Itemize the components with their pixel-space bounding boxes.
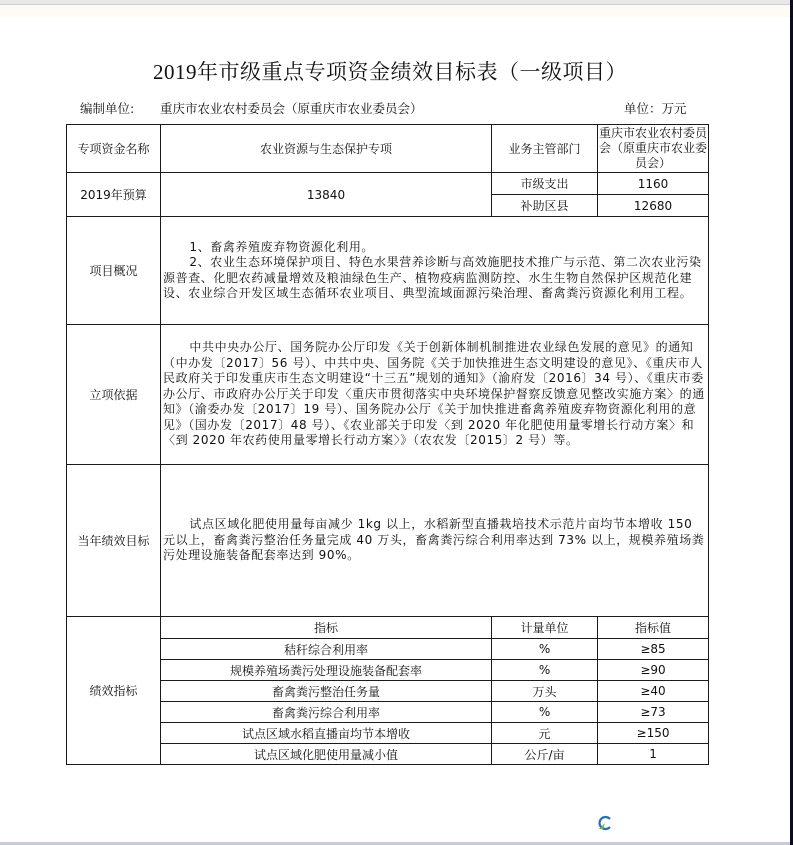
fund-name-row: 专项资金名称 农业资源与生态保护专项 业务主管部门 重庆市农业农村委员会（原重庆… [67,125,709,173]
indicator-name: 秸秆综合利用率 [161,639,492,660]
city-spend-value: 1160 [598,173,709,195]
indicator-name: 规模养殖场粪污处理设施装备配套率 [161,660,492,681]
dept-label: 业务主管部门 [492,125,598,173]
basis-row: 立项依据 中共中央办公厅、国务院办公厅印发《关于创新体制机制推进农业绿色发展的意… [67,325,709,465]
indicator-unit: 元 [492,723,598,744]
indicator-name: 试点区域水稻直播亩均节本增收 [161,723,492,744]
compiler-label: 编制单位: [80,99,134,117]
indicator-value: ≥90 [598,660,709,681]
dept-value: 重庆市农业农村委员会（原重庆市农业委员会） [598,125,709,173]
indicator-header-unit: 计量单位 [492,617,598,639]
indicator-name: 畜禽粪污综合利用率 [161,702,492,723]
indicator-row: 试点区域水稻直播亩均节本增收 元 ≥150 [67,723,709,744]
budget-label: 2019年预算 [67,173,161,217]
budget-row: 2019年预算 13840 市级支出 1160 [67,173,709,195]
unit-label: 单位：万元 [624,99,687,117]
overview-text: 1、畜禽养殖废弃物资源化利用。 2、农业生态环境保护项目、特色水果营养诊断与高效… [161,217,709,325]
indicator-value: ≥40 [598,681,709,702]
indicator-row: 秸秆综合利用率 % ≥85 [67,639,709,660]
goal-label: 当年绩效目标 [67,465,161,617]
indicator-unit: % [492,702,598,723]
indicator-label: 绩效指标 [67,617,161,765]
performance-target-table: 专项资金名称 农业资源与生态保护专项 业务主管部门 重庆市农业农村委员会（原重庆… [66,124,709,765]
indicator-unit: 万头 [492,681,598,702]
fund-name-value: 农业资源与生态保护专项 [161,125,492,173]
budget-value: 13840 [161,173,492,217]
page-top-strip [0,5,790,17]
compiler-value: 重庆市农业农村委员会（原重庆市农业委员会） [160,99,423,117]
indicator-name: 试点区域化肥使用量减小值 [161,744,492,765]
indicator-value: ≥85 [598,639,709,660]
subsidy-label: 补助区县 [492,195,598,217]
goal-row: 当年绩效目标 试点区域化肥使用量每亩减少 1kg 以上，水稻新型直播栽培技术示范… [67,465,709,617]
indicator-value: 1 [598,744,709,765]
indicator-value: ≥73 [598,702,709,723]
indicator-row: 畜禽粪污整治任务量 万头 ≥40 [67,681,709,702]
basis-text: 中共中央办公厅、国务院办公厅印发《关于创新体制机制推进农业绿色发展的意见》的通知… [161,325,709,465]
document-title: 2019年市级重点专项资金绩效目标表（一级项目） [60,56,720,86]
city-spend-label: 市级支出 [492,173,598,195]
indicator-value: ≥150 [598,723,709,744]
overview-row: 项目概况 1、畜禽养殖废弃物资源化利用。 2、农业生态环境保护项目、特色水果营养… [67,217,709,325]
goal-paragraph: 试点区域化肥使用量每亩减少 1kg 以上，水稻新型直播栽培技术示范片亩均节本增收… [163,517,706,564]
basis-paragraph: 中共中央办公厅、国务院办公厅印发《关于创新体制机制推进农业绿色发展的意见》的通知… [163,340,706,449]
fund-name-label: 专项资金名称 [67,125,161,173]
indicator-unit: % [492,660,598,681]
overview-label: 项目概况 [67,217,161,325]
indicator-row: 试点区域化肥使用量减小值 公斤/亩 1 [67,744,709,765]
basis-label: 立项依据 [67,325,161,465]
indicator-unit: % [492,639,598,660]
indicator-row: 规模养殖场粪污处理设施装备配套率 % ≥90 [67,660,709,681]
indicator-header-value: 指标值 [598,617,709,639]
indicator-name: 畜禽粪污整治任务量 [161,681,492,702]
watermark-logo-icon [597,815,615,831]
indicator-header-row: 绩效指标 指标 计量单位 指标值 [67,617,709,639]
subsidy-value: 12680 [598,195,709,217]
overview-line-1: 1、畜禽养殖废弃物资源化利用。 [163,240,706,256]
goal-text: 试点区域化肥使用量每亩减少 1kg 以上，水稻新型直播栽培技术示范片亩均节本增收… [161,465,709,617]
overview-line-2: 2、农业生态环境保护项目、特色水果营养诊断与高效施肥技术推广与示范、第二次农业污… [163,255,706,302]
indicator-row: 畜禽粪污综合利用率 % ≥73 [67,702,709,723]
indicator-unit: 公斤/亩 [492,744,598,765]
indicator-header-name: 指标 [161,617,492,639]
